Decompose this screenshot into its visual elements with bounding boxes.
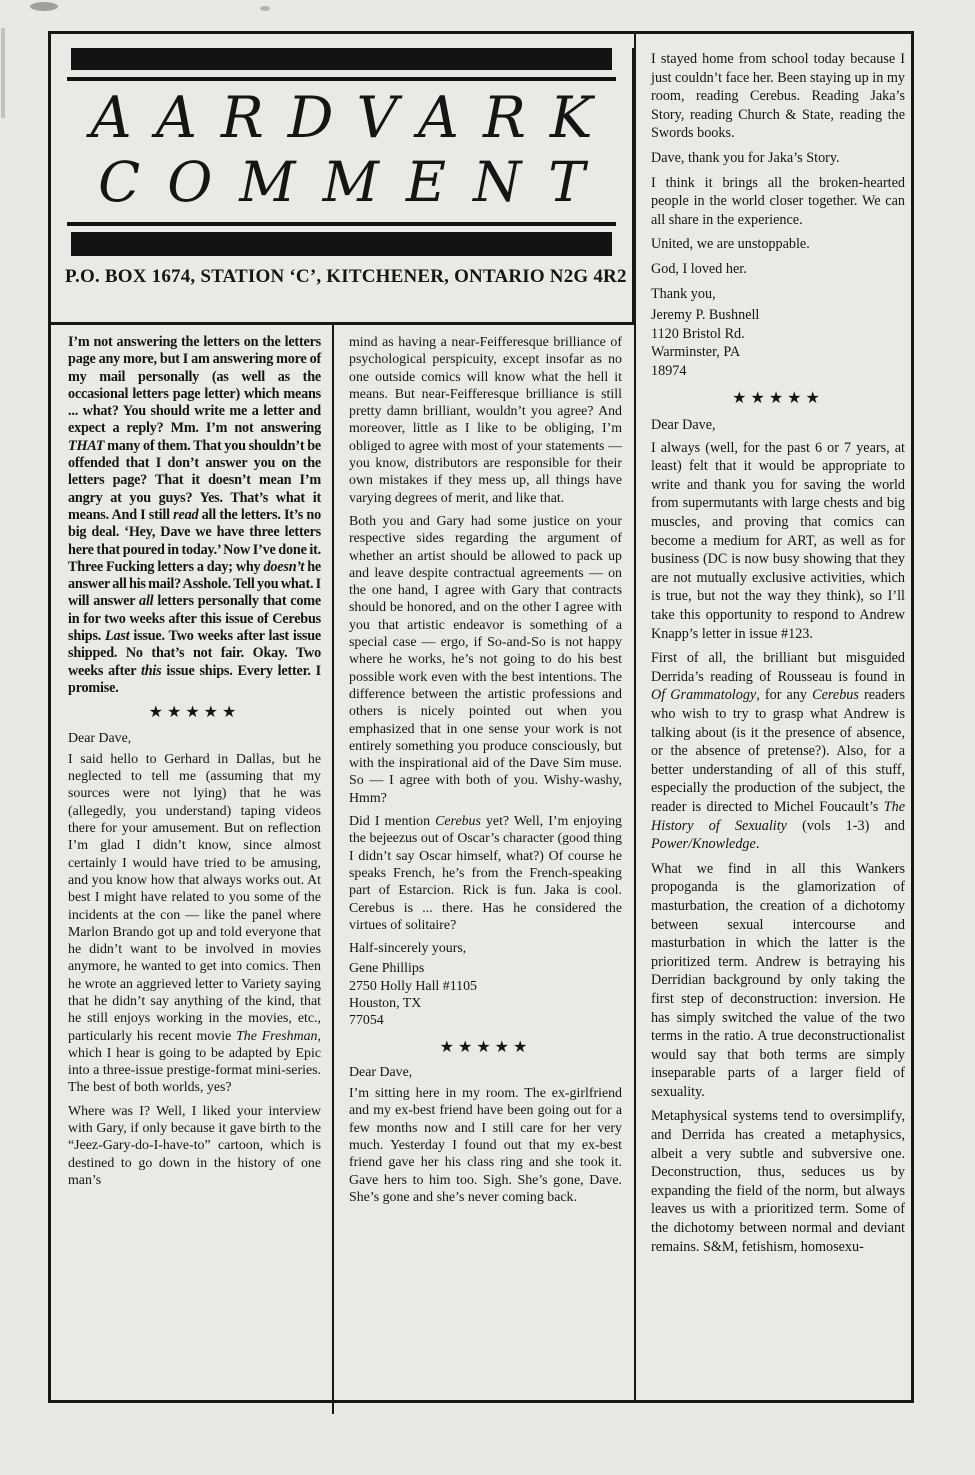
masthead-address: P.O. BOX 1674, STATION ‘C’, KITCHENER, O… [65, 266, 618, 288]
letter-paragraph: I think it brings all the broken-hearted… [651, 174, 905, 230]
letter-paragraph: What we find in all this Wankers propoga… [651, 860, 905, 1102]
signature-block: Gene Phillips 2750 Holly Hall #1105 Hous… [349, 960, 622, 1029]
letter-paragraph: I’m sitting here in my room. The ex-girl… [349, 1085, 622, 1206]
stars-separator: ★★★★★ [349, 1038, 622, 1055]
editorial-paragraph: I’m not answering the letters on the let… [68, 334, 321, 697]
signature-line: 1120 Bristol Rd. [651, 325, 905, 344]
letter-paragraph: First of all, the brilliant but misguide… [651, 649, 905, 854]
letter-paragraph: Metaphysical systems tend to oversimplif… [651, 1107, 905, 1256]
letter-paragraph: I stayed home from school today because … [651, 50, 905, 143]
column-3: I stayed home from school today because … [634, 34, 917, 1400]
masthead-bottom-rule [67, 222, 616, 226]
scan-artifact [260, 6, 270, 11]
signature-line: 18974 [651, 362, 905, 381]
letter-closing: Half-sincerely yours, [349, 940, 622, 957]
column-2: mind as having a near-Feifferesque brill… [334, 325, 634, 1414]
masthead-bottom-bar [71, 232, 612, 256]
salutation: Dear Dave, [68, 730, 321, 747]
letter-paragraph: Both you and Gary had some justice on yo… [349, 513, 622, 807]
masthead-top-bar [71, 48, 612, 70]
scanned-letters-page: { "header": { "title_line1": "AARDVARK",… [0, 0, 975, 1475]
letter-paragraph: Did I mention Cerebus yet? Well, I’m enj… [349, 813, 622, 934]
signature-line: Jeremy P. Bushnell [651, 306, 905, 325]
masthead-top-rule [67, 77, 616, 81]
letter-paragraph: Where was I? Well, I liked your intervie… [68, 1103, 321, 1189]
letter-paragraph: God, I loved her. [651, 260, 905, 279]
signature-line: Houston, TX [349, 995, 622, 1012]
signature-line: 2750 Holly Hall #1105 [349, 978, 622, 995]
masthead: AARDVARK COMMENT P.O. BOX 1674, STATION … [51, 48, 634, 325]
column-1: I’m not answering the letters on the let… [51, 325, 334, 1414]
left-region: AARDVARK COMMENT P.O. BOX 1674, STATION … [51, 34, 634, 1400]
signature-line: Warminster, PA [651, 343, 905, 362]
signature-line: Gene Phillips [349, 960, 622, 977]
masthead-title-line2: COMMENT [65, 151, 645, 213]
letter-paragraph: Dave, thank you for Jaka’s Story. [651, 149, 905, 168]
salutation: Dear Dave, [349, 1064, 622, 1081]
letter-paragraph: mind as having a near-Feifferesque brill… [349, 334, 622, 507]
scan-artifact [30, 2, 58, 11]
signature-line: 77054 [349, 1012, 622, 1029]
letter-paragraph: United, we are unstoppable. [651, 235, 905, 254]
columns-1-2: I’m not answering the letters on the let… [51, 325, 634, 1414]
stars-separator: ★★★★★ [68, 703, 321, 720]
stars-separator: ★★★★★ [651, 389, 905, 408]
scan-artifact [1, 28, 5, 118]
letter-paragraph: I always (well, for the past 6 or 7 year… [651, 439, 905, 644]
letter-paragraph: I said hello to Gerhard in Dallas, but h… [68, 751, 321, 1097]
letter-closing: Thank you, [651, 285, 905, 304]
salutation: Dear Dave, [651, 416, 905, 435]
page-border: AARDVARK COMMENT P.O. BOX 1674, STATION … [48, 31, 914, 1403]
masthead-title-line1: AARDVARK [65, 85, 642, 151]
signature-block: Jeremy P. Bushnell 1120 Bristol Rd. Warm… [651, 306, 905, 380]
